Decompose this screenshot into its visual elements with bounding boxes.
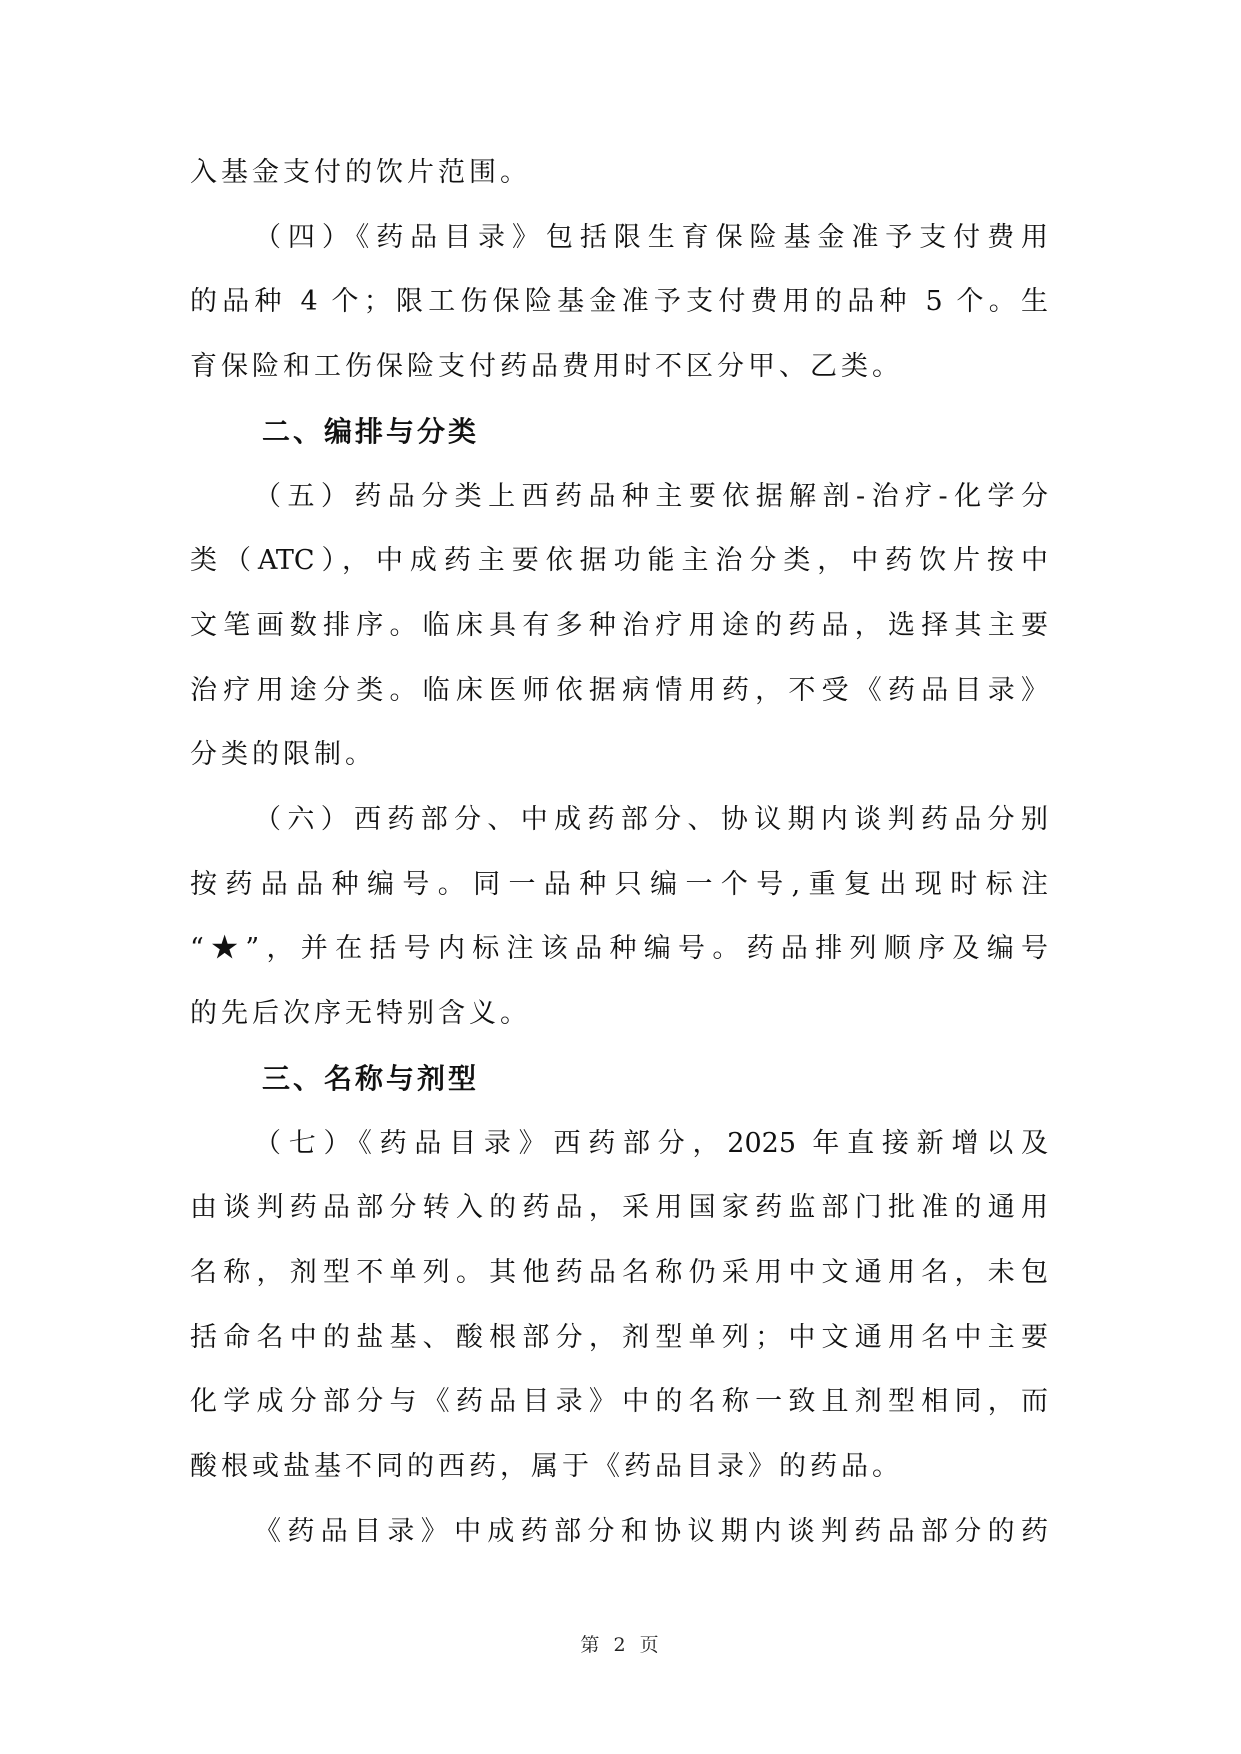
paragraph-4-start: （四）《药品目录》包括限生育保险基金准予支付费用 xyxy=(254,218,1048,258)
page-number: 第 2 页 xyxy=(0,1630,1241,1657)
body-line: 治疗用途分类。临床医师依据病情用药，不受《药品目录》 xyxy=(190,671,1048,711)
body-line: 按药品品种编号。同一品种只编一个号,重复出现时标注 xyxy=(190,865,1048,905)
paragraph-7-start: （七）《药品目录》西药部分，2025 年直接新增以及 xyxy=(254,1124,1048,1164)
section-heading-2: 二、编排与分类 xyxy=(262,412,1120,452)
body-line: 入基金支付的饮片范围。 xyxy=(190,153,1048,193)
body-line: 括命名中的盐基、酸根部分，剂型单列；中文通用名中主要 xyxy=(190,1318,1048,1358)
section-heading-3: 三、名称与剂型 xyxy=(262,1059,1120,1099)
body-line-star-marker: “★”，并在括号内标注该品种编号。药品排列顺序及编号 xyxy=(190,929,1048,969)
body-line: 的品种 4 个；限工伤保险基金准予支付费用的品种 5 个。生 xyxy=(190,282,1048,322)
paragraph-continuation-start: 《药品目录》中成药部分和协议期内谈判药品部分的药 xyxy=(254,1512,1048,1552)
body-line: 化学成分部分与《药品目录》中的名称一致且剂型相同，而 xyxy=(190,1382,1048,1422)
body-line: 由谈判药品部分转入的药品，采用国家药监部门批准的通用 xyxy=(190,1188,1048,1228)
body-line: 类（ATC），中成药主要依据功能主治分类，中药饮片按中 xyxy=(190,541,1048,581)
body-line: 分类的限制。 xyxy=(190,735,1048,775)
body-line: 名称，剂型不单列。其他药品名称仍采用中文通用名，未包 xyxy=(190,1253,1048,1293)
body-line: 的先后次序无特别含义。 xyxy=(190,994,1048,1034)
body-line: 酸根或盐基不同的西药，属于《药品目录》的药品。 xyxy=(190,1447,1048,1487)
body-line: 文笔画数排序。临床具有多种治疗用途的药品，选择其主要 xyxy=(190,606,1048,646)
paragraph-5-start: （五）药品分类上西药品种主要依据解剖-治疗-化学分 xyxy=(254,477,1048,517)
body-line: 育保险和工伤保险支付药品费用时不区分甲、乙类。 xyxy=(190,347,1048,387)
paragraph-6-start: （六）西药部分、中成药部分、协议期内谈判药品分别 xyxy=(254,800,1048,840)
document-page: 入基金支付的饮片范围。 （四）《药品目录》包括限生育保险基金准予支付费用 的品种… xyxy=(0,0,1241,1754)
